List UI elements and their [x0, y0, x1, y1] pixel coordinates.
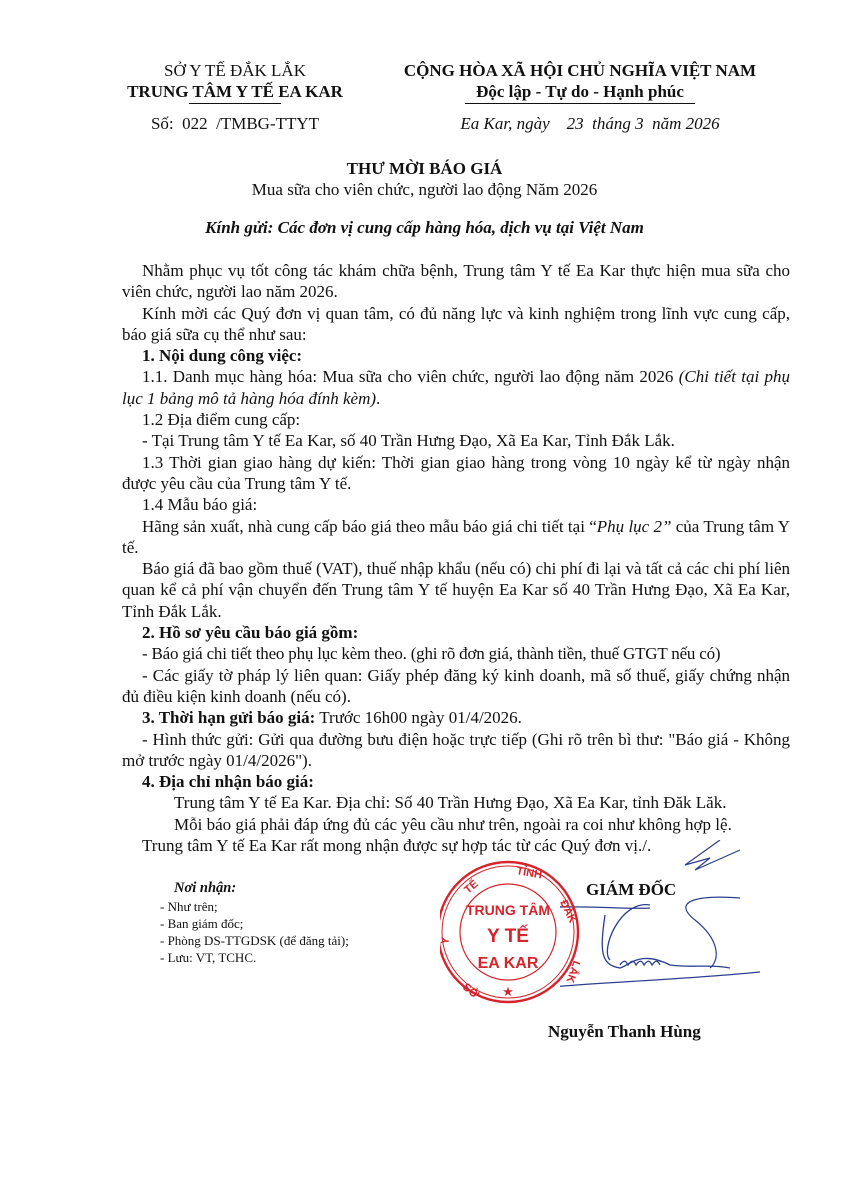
section-1-1: 1.1. Danh mục hàng hóa: Mua sữa cho viên… — [122, 366, 790, 409]
svg-text:Y: Y — [440, 936, 452, 946]
recipient-item: - Như trên; — [160, 898, 349, 915]
handwritten-signature-icon — [560, 840, 760, 990]
signer-title: GIÁM ĐỐC — [586, 880, 676, 900]
date-month: tháng 3 — [592, 114, 643, 133]
signer-name: Nguyễn Thanh Hùng — [548, 1022, 701, 1042]
section-4-address: Trung tâm Y tế Ea Kar. Địa chỉ: Số 40 Tr… — [122, 792, 790, 813]
invite-paragraph: Kính mời các Quý đơn vị quan tâm, có đủ … — [122, 303, 790, 346]
agency-underline — [189, 103, 281, 104]
recipients-heading: Nơi nhận: — [174, 880, 349, 897]
svg-text:TẾ: TẾ — [462, 877, 481, 896]
document-body: Nhằm phục vụ tốt công tác khám chữa bệnh… — [122, 260, 790, 856]
s1-1-end: . — [376, 389, 380, 408]
document-subtitle: Mua sữa cho viên chức, người lao động Nă… — [100, 179, 749, 200]
date-prefix: Ea Kar, ngày — [460, 114, 549, 133]
recipient-item: - Lưu: VT, TCHC. — [160, 949, 349, 966]
section-3-method: - Hình thức gửi: Gửi qua đường bưu điện … — [122, 729, 790, 772]
intro-paragraph: Nhằm phục vụ tốt công tác khám chữa bệnh… — [122, 260, 790, 303]
document-title: THƯ MỜI BÁO GIÁ — [100, 158, 749, 179]
official-stamp-icon: SỞ Y TẾ TỈNH ĐẮK LẮK TRUNG TÂM Y TẾ EA K… — [440, 850, 580, 1010]
number-suffix: /TMBG-TTYT — [216, 114, 319, 133]
document-number: Số: 022 /TMBG-TTYT — [100, 114, 370, 134]
section-2-item-1: - Báo giá chi tiết theo phụ lục kèm theo… — [122, 643, 790, 664]
section-4-validity: Mỗi báo giá phải đáp ứng đủ các yêu cầu … — [122, 814, 790, 835]
section-1-4-label: 1.4 Mẫu báo giá: — [122, 494, 790, 515]
stamp-star-icon: ★ — [502, 984, 514, 999]
section-3: 3. Thời hạn gửi báo giá: Trước 16h00 ngà… — [122, 707, 790, 728]
agency-header: SỞ Y TẾ ĐẮK LẮK TRUNG TÂM Y TẾ EA KAR — [100, 60, 370, 104]
section-1-2-text: - Tại Trung tâm Y tế Ea Kar, số 40 Trần … — [122, 430, 790, 451]
section-3-heading: 3. Thời hạn gửi báo giá: — [142, 708, 315, 727]
section-2-item-2: - Các giấy tờ pháp lý liên quan: Giấy ph… — [122, 665, 790, 708]
nation-name: CỘNG HÒA XÃ HỘI CHỦ NGHĨA VIỆT NAM — [380, 60, 780, 81]
section-1-4-vat: Báo giá đã bao gồm thuế (VAT), thuế nhập… — [122, 558, 790, 622]
date-day: 23 — [567, 114, 584, 133]
s1-1-text: 1.1. Danh mục hàng hóa: Mua sữa cho viên… — [142, 367, 679, 386]
number-value: 022 — [182, 114, 208, 133]
agency-name: TRUNG TÂM Y TẾ EA KAR — [100, 81, 370, 102]
recipient-item: - Phòng DS-TTGDSK (để đăng tải); — [160, 932, 349, 949]
recipient-item: - Ban giám đốc; — [160, 915, 349, 932]
section-1-4-text: Hãng sản xuất, nhà cung cấp báo giá theo… — [122, 516, 790, 559]
section-1-heading: 1. Nội dung công việc: — [122, 345, 790, 366]
nation-header: CỘNG HÒA XÃ HỘI CHỦ NGHĨA VIỆT NAM Độc l… — [380, 60, 780, 104]
date-year: năm 2026 — [652, 114, 720, 133]
national-motto: Độc lập - Tự do - Hạnh phúc — [380, 81, 780, 102]
stamp-center-line-3: EA KAR — [478, 955, 539, 972]
document-title-block: THƯ MỜI BÁO GIÁ Mua sữa cho viên chức, n… — [100, 158, 749, 200]
section-1-3: 1.3 Thời gian giao hàng dự kiến: Thời gi… — [122, 452, 790, 495]
s1-4-italic: Phụ lục 2” — [597, 517, 672, 536]
number-label: Số: — [151, 114, 174, 133]
s1-4-text-a: Hãng sản xuất, nhà cung cấp báo giá theo… — [142, 517, 597, 536]
section-3-text: Trước 16h00 ngày 01/4/2026. — [315, 708, 522, 727]
motto-underline — [465, 103, 695, 104]
salutation: Kính gửi: Các đơn vị cung cấp hàng hóa, … — [100, 218, 749, 238]
document-date: Ea Kar, ngày 23 tháng 3 năm 2026 — [400, 114, 780, 134]
section-4-heading: 4. Địa chỉ nhận báo giá: — [122, 771, 790, 792]
recipients-list: Nơi nhận: - Như trên; - Ban giám đốc; - … — [160, 880, 349, 966]
stamp-center-line-2: Y TẾ — [487, 925, 529, 947]
stamp-center-line-1: TRUNG TÂM — [466, 901, 550, 918]
svg-text:TỈNH: TỈNH — [515, 864, 543, 881]
section-1-2-label: 1.2 Địa điểm cung cấp: — [122, 409, 790, 430]
section-2-heading: 2. Hồ sơ yêu cầu báo giá gồm: — [122, 622, 790, 643]
stamp-ring-so: SỞ — [460, 980, 482, 1001]
ministry-name: SỞ Y TẾ ĐẮK LẮK — [100, 60, 370, 81]
